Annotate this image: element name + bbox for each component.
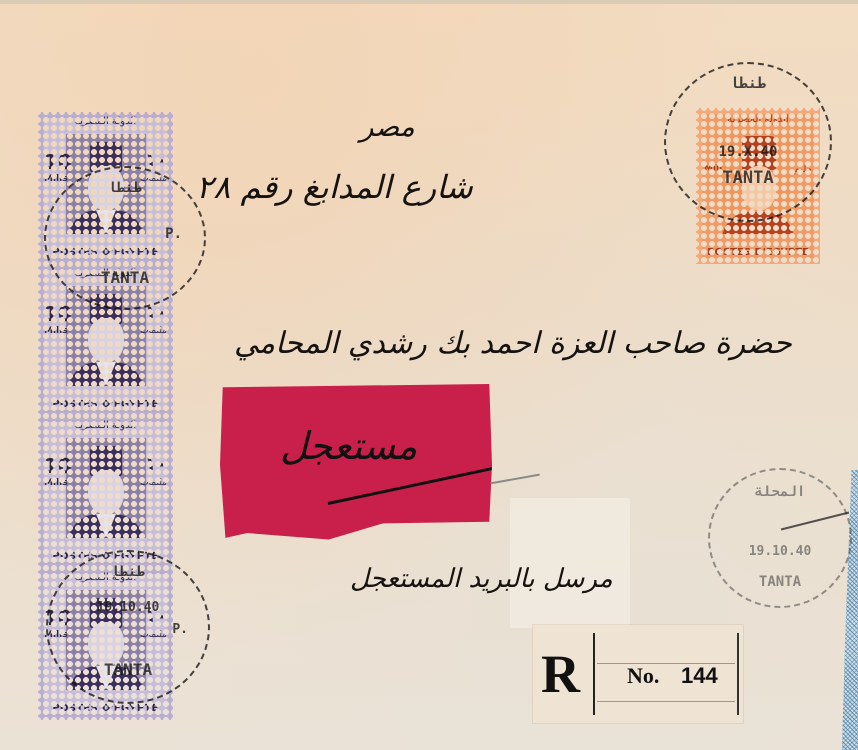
- stamp-arabic-header: الدولة المصرية: [38, 420, 173, 431]
- stamp-10-mills: الدولة المصرية 10 Mills ١٠ مليمات POSTES…: [38, 416, 173, 568]
- express-label-handwriting: مستعجل: [280, 424, 417, 468]
- postmark-city-arabic: طنطا: [666, 74, 830, 92]
- express-label-underline: [328, 463, 514, 505]
- postmark-date: 19.10.40: [48, 600, 208, 615]
- envelope-top-edge: [0, 0, 858, 4]
- registration-letter: R: [541, 643, 580, 705]
- address-service-note: مرسل بالبريد المستعجل: [350, 564, 613, 594]
- postmark-city: TANTA: [666, 168, 830, 188]
- king-farouk-portrait: [66, 438, 146, 538]
- stamp-legend: POSTES D'EGYPTE: [696, 247, 820, 258]
- stamp-legend: POSTES D'EGYPTE: [38, 703, 173, 714]
- registration-divider: [593, 633, 595, 715]
- stamp-value-arabic: ١٠: [145, 150, 167, 171]
- express-label: مستعجل: [220, 384, 492, 546]
- postmark-date: 19.X.40: [666, 144, 830, 160]
- paper-repair-patch: [510, 498, 630, 628]
- pencil-stroke: [490, 474, 540, 485]
- stamp-unit: Mills: [44, 478, 68, 488]
- address-recipient: حضرة صاحب العزة احمد بك رشدي المحامي: [234, 326, 792, 361]
- postmark-bottom-left: طنطا 19.10.40 P. TANTA: [46, 550, 210, 704]
- envelope: الدولة المصرية 10 Mills ١٠ مليمات POSTES…: [0, 0, 858, 750]
- postmark-city-arabic: طنطا: [46, 180, 204, 196]
- postmark-city-arabic: المحلة: [710, 484, 850, 500]
- stamp-legend: POSTES D'EGYPTE: [38, 399, 173, 410]
- postmark-time: P.: [48, 622, 208, 637]
- stamp-value-arabic: ١٠: [145, 454, 167, 475]
- registration-prefix: No.: [627, 663, 659, 689]
- postmark-bar: [781, 512, 849, 531]
- stamp-unit-arabic: مليمات: [140, 478, 167, 488]
- stamp-unit-arabic: مليمات: [140, 326, 167, 336]
- address-street: شارع المدابغ رقم ٢٨: [196, 168, 473, 206]
- postmark-city-arabic: طنطا: [48, 564, 208, 580]
- postmark-orange-stamp: طنطا 19.X.40 TANTA: [664, 62, 832, 222]
- stamp-unit: Mills: [44, 326, 68, 336]
- postmark-time: P.: [46, 226, 204, 242]
- postmark-receiving: المحلة 19.10.40 TANTA: [708, 468, 852, 608]
- postmark-date: 19.10.40: [710, 544, 850, 559]
- postmark-top-left: طنطا P. TANTA: [44, 166, 206, 310]
- address-city: مصر: [360, 110, 415, 143]
- registration-border: [737, 633, 739, 715]
- stamp-value: 10: [44, 454, 72, 478]
- registration-number: 144: [681, 663, 718, 689]
- stamp-arabic-header: الدولة المصرية: [38, 116, 173, 127]
- postmark-city: TANTA: [710, 574, 850, 590]
- registration-rule: [597, 701, 735, 702]
- postmark-city: TANTA: [48, 660, 208, 679]
- stamp-value: 10: [44, 302, 72, 326]
- registration-label: R No. 144: [533, 625, 743, 723]
- stamp-value: 10: [44, 150, 72, 174]
- postmark-city: TANTA: [46, 268, 204, 287]
